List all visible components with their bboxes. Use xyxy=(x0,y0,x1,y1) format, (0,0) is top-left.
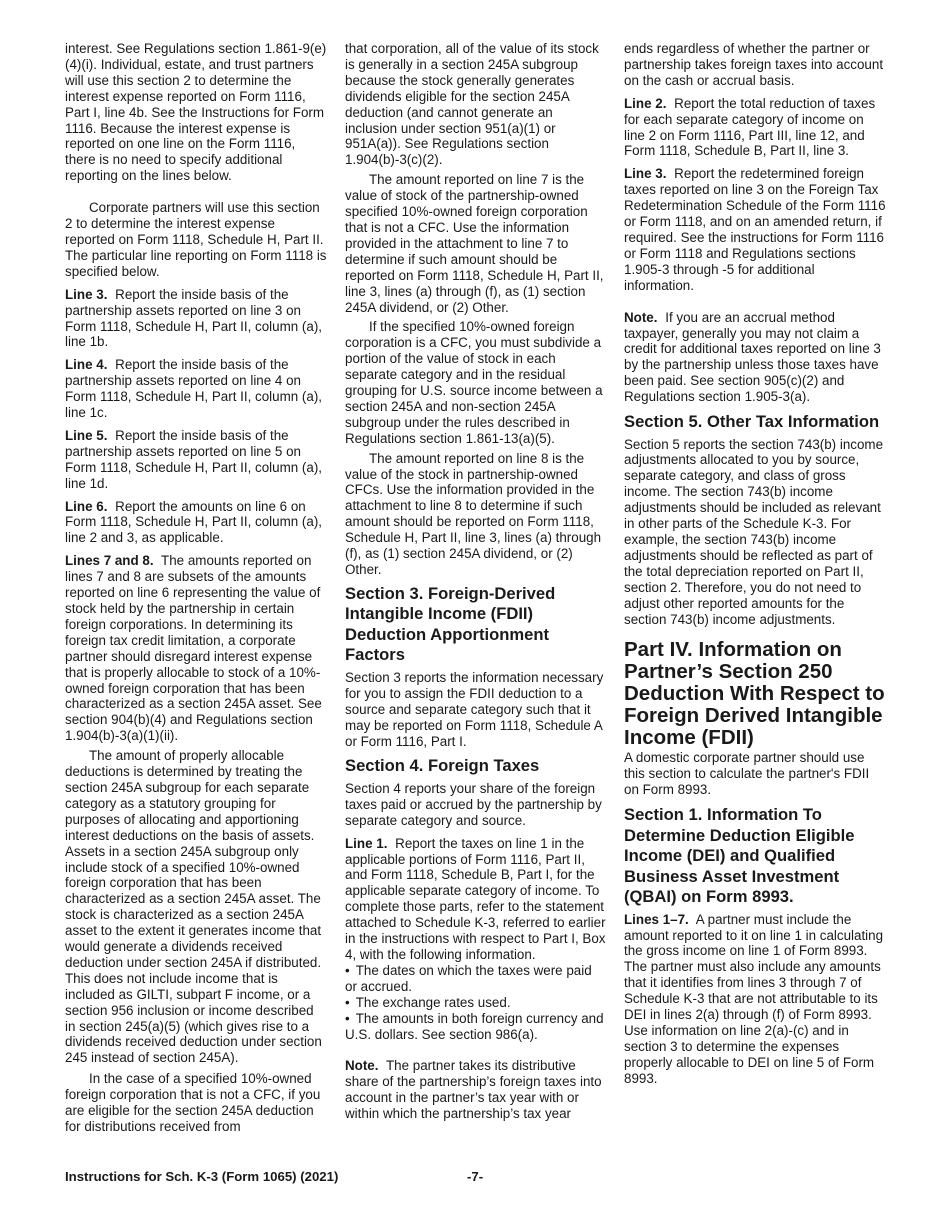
line-label: Line 4. xyxy=(65,357,107,372)
section-5-heading: Section 5. Other Tax Information xyxy=(624,412,886,433)
page-number: -7- xyxy=(467,1169,483,1184)
line-3-instruction: Line 3. Report the redetermined foreign … xyxy=(624,166,886,293)
column-1: interest. See Regulations section 1.861-… xyxy=(65,41,327,1139)
line-label: Line 3. xyxy=(624,166,666,181)
paragraph: that corporation, all of the value of it… xyxy=(345,41,607,168)
paragraph: If the specified 10%-owned foreign corpo… xyxy=(345,319,607,446)
paragraph: Section 3 reports the information necess… xyxy=(345,670,607,750)
lines-1-7-instruction: Lines 1–7. A partner must include the am… xyxy=(624,912,886,1087)
bullet-item: The exchange rates used. xyxy=(345,995,607,1011)
line-label: Line 3. xyxy=(65,287,107,302)
line-5-instruction: Line 5. Report the inside basis of the p… xyxy=(65,428,327,492)
paragraph: The amount reported on line 8 is the val… xyxy=(345,451,607,578)
column-3: ends regardless of whether the partner o… xyxy=(624,41,886,1094)
line-2-instruction: Line 2. Report the total reduction of ta… xyxy=(624,96,886,160)
paragraph: A domestic corporate partner should use … xyxy=(624,750,886,798)
paragraph: interest. See Regulations section 1.861-… xyxy=(65,41,327,184)
note: Note. If you are an accrual method taxpa… xyxy=(624,310,886,405)
note-label: Note. xyxy=(345,1058,378,1073)
part-4-heading: Part IV. Information on Partner’s Sectio… xyxy=(624,639,886,748)
note-label: Note. xyxy=(624,310,657,325)
section-3-heading: Section 3. Foreign-Derived Intangible In… xyxy=(345,584,607,666)
paragraph: Section 5 reports the section 743(b) inc… xyxy=(624,437,886,628)
footer-title: Instructions for Sch. K-3 (Form 1065) (2… xyxy=(65,1169,338,1184)
paragraph: The amount reported on line 7 is the val… xyxy=(345,172,607,315)
lines-7-8-instruction: Lines 7 and 8. The amounts reported on l… xyxy=(65,553,327,744)
line-4-instruction: Line 4. Report the inside basis of the p… xyxy=(65,357,327,421)
column-2: that corporation, all of the value of it… xyxy=(345,41,607,1129)
line-label: Lines 1–7. xyxy=(624,912,689,927)
line-1-instruction: Line 1. Report the taxes on line 1 in th… xyxy=(345,836,607,963)
paragraph: Corporate partners will use this section… xyxy=(65,200,327,280)
line-label: Line 5. xyxy=(65,428,107,443)
bullet-item: The dates on which the taxes were paid o… xyxy=(345,963,607,995)
bullet-item: The amounts in both foreign currency and… xyxy=(345,1011,607,1043)
section-4-heading: Section 4. Foreign Taxes xyxy=(345,756,607,777)
section-1-heading: Section 1. Information To Determine Dedu… xyxy=(624,805,886,908)
paragraph: Section 4 reports your share of the fore… xyxy=(345,781,607,829)
paragraph: ends regardless of whether the partner o… xyxy=(624,41,886,89)
line-3-instruction: Line 3. Report the inside basis of the p… xyxy=(65,287,327,351)
line-label: Lines 7 and 8. xyxy=(65,553,154,568)
paragraph: In the case of a specified 10%-owned for… xyxy=(65,1071,327,1135)
note: Note. The partner takes its distributive… xyxy=(345,1058,607,1122)
line-6-instruction: Line 6. Report the amounts on line 6 on … xyxy=(65,499,327,547)
paragraph: The amount of properly allocable deducti… xyxy=(65,748,327,1066)
line-label: Line 1. xyxy=(345,836,387,851)
line-label: Line 6. xyxy=(65,499,107,514)
line-label: Line 2. xyxy=(624,96,666,111)
